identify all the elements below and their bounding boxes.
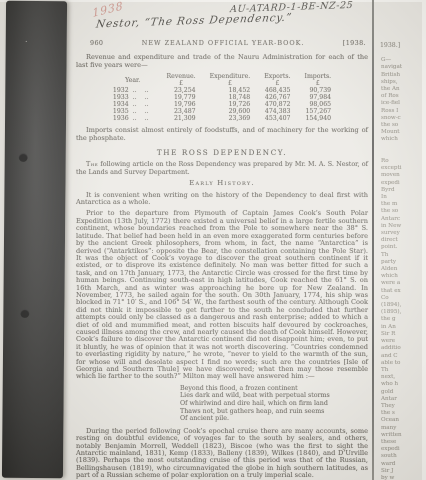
facing-text-fragment: able to — [378, 360, 422, 367]
facing-text-fragment: south — [378, 453, 422, 460]
nauru-statistics-table: Year. Revenue.£ Expenditure.£ Exports.£ … — [106, 73, 338, 122]
facing-text-fragment: excepti — [378, 165, 422, 172]
table-row: 1933.... 19,77918,748426,76797,984 — [106, 94, 338, 101]
verse-line: Of ancient pile. — [180, 415, 368, 423]
facing-text-fragment: who h — [378, 381, 422, 388]
facing-text-fragment: Ocean — [378, 417, 422, 424]
facing-page-fragments: G—navigatBritishships,the Anof Rosice-fi… — [378, 57, 422, 480]
table-row: 1934.... 19,79619,726470,87298,065 — [106, 101, 338, 108]
facing-text-fragment: Co — [378, 295, 422, 302]
table-row: 1936.... 21,30923,369453,407154,940 — [106, 115, 338, 122]
facing-page-strip: 1938.] G—navigatBritishships,the Anof Ro… — [378, 0, 422, 480]
facing-text-fragment: Ro — [378, 158, 422, 165]
facing-text-fragment: in New — [378, 223, 422, 230]
section-heading-ross-dependency: THE ROSS DEPENDENCY. — [76, 149, 368, 156]
col-expenditure: Expenditure.£ — [203, 73, 258, 87]
scanned-page-photo: 1938 Nestor, “The Ross Dependency.” AU-A… — [0, 0, 426, 480]
facing-text-fragment: Ross I — [378, 108, 422, 115]
facing-text-fragment: of Ros — [378, 93, 422, 100]
handwritten-catalog-annotation: AU-ATARD-1-BE-NZ-25 — [230, 0, 354, 15]
facing-text-fragment: the s — [378, 410, 422, 417]
page-gutter-line — [372, 0, 374, 480]
facing-text-fragment: Antar — [378, 396, 422, 403]
facing-text-fragment: moven — [378, 172, 422, 179]
facing-text-fragment: the m — [378, 201, 422, 208]
facing-text-fragment: these — [378, 439, 422, 446]
film-speckles — [26, 41, 27, 42]
facing-text-fragment: party — [378, 259, 422, 266]
facing-text-fragment: Sir R — [378, 331, 422, 338]
facing-text-fragment: expedi — [378, 180, 422, 187]
facing-text-fragment — [378, 144, 422, 151]
col-imports: Imports.£ — [298, 73, 339, 87]
facing-text-fragment: ward — [378, 461, 422, 468]
running-title: NEW ZEALAND OFFICIAL YEAR-BOOK. — [142, 40, 305, 47]
col-year: Year. — [106, 73, 160, 87]
facing-text-fragment: survey — [378, 230, 422, 237]
printed-page: 960 NEW ZEALAND OFFICIAL YEAR-BOOK. [193… — [76, 40, 368, 480]
verse-line: Lies dark and wild, beat with perpetual … — [180, 392, 368, 400]
facing-text-fragment: They — [378, 403, 422, 410]
handwritten-title-annotation: Nestor, “The Ross Dependency.” — [95, 12, 293, 31]
facing-text-fragment: the g — [378, 316, 422, 323]
book-binding-strip — [2, 1, 67, 479]
facing-text-fragment: written — [378, 432, 422, 439]
facing-text-fragment: which — [378, 273, 422, 280]
verse-line: Beyond this flood, a frozen continent — [180, 385, 368, 393]
facing-text-fragment: by w — [378, 475, 422, 480]
milton-verse-quote: Beyond this flood, a frozen continentLie… — [180, 385, 368, 423]
photo-right-edge — [422, 0, 426, 480]
facing-text-fragment: (1895), — [378, 309, 422, 316]
attribution-paragraph: The following article on the Ross Depend… — [76, 161, 368, 176]
body-paragraph-3: During the period following Cook’s epoch… — [76, 428, 368, 480]
punch-hole-bottom — [20, 309, 29, 318]
facing-text-fragment: Alden — [378, 266, 422, 273]
facing-text-fragment: Sir J — [378, 468, 422, 475]
facing-text-fragment: which — [378, 136, 422, 143]
facing-text-fragment: and C — [378, 353, 422, 360]
facing-text-fragment: Antarc — [378, 216, 422, 223]
facing-text-fragment — [378, 151, 422, 158]
facing-text-fragment: G— — [378, 57, 422, 64]
nauru-trade-intro: Revenue and expenditure and trade of the… — [76, 54, 368, 69]
body-paragraph-2: Prior to the departure from Plymouth of … — [76, 210, 368, 380]
facing-text-fragment: (1894), — [378, 302, 422, 309]
facing-text-fragment: in An — [378, 324, 422, 331]
facing-text-fragment: were — [378, 338, 422, 345]
page-number: 960 — [90, 40, 103, 47]
facing-text-fragment: Mount — [378, 129, 422, 136]
facing-text-fragment: that ex — [378, 288, 422, 295]
facing-text-fragment: many — [378, 425, 422, 432]
facing-text-fragment: In — [378, 194, 422, 201]
imports-paragraph: Imports consist almost entirely of foods… — [76, 127, 368, 142]
page-header: 960 NEW ZEALAND OFFICIAL YEAR-BOOK. [193… — [90, 40, 366, 47]
sub-heading-early-history: Early History. — [76, 180, 368, 187]
table-row: 1932.... 23,25418,452468,43590,739 — [106, 87, 338, 94]
body-paragraph-1: It is convenient when writing on the his… — [76, 192, 368, 207]
facing-text-fragment: point. — [378, 244, 422, 251]
verse-line: Thaws not, but gathers heap, and ruin se… — [180, 408, 368, 416]
table-header-row: Year. Revenue.£ Expenditure.£ Exports.£ … — [106, 73, 338, 87]
facing-text-fragment: additio — [378, 345, 422, 352]
col-revenue: Revenue.£ — [160, 73, 203, 87]
facing-text-fragment: expedi — [378, 446, 422, 453]
table-row: 1935.... 23,48729,600474,383157,267 — [106, 108, 338, 115]
facing-text-fragment: the so — [378, 122, 422, 129]
facing-text-fragment: British — [378, 72, 422, 79]
facing-text-fragment: Th — [378, 252, 422, 259]
facing-text-fragment: ships, — [378, 79, 422, 86]
facing-text-fragment: Th — [378, 367, 422, 374]
facing-text-fragment: the so — [378, 208, 422, 215]
col-exports: Exports.£ — [257, 73, 297, 87]
facing-page-header: 1938.] — [380, 42, 422, 49]
facing-text-fragment: direct — [378, 237, 422, 244]
facing-text-fragment: the An — [378, 86, 422, 93]
facing-text-fragment: snow-c — [378, 115, 422, 122]
facing-text-fragment: ice-fiel — [378, 100, 422, 107]
punch-hole-top — [19, 153, 28, 162]
header-year: [1938. — [343, 40, 366, 47]
facing-text-fragment: navigat — [378, 64, 422, 71]
verse-line: Of whirlwind and dire hail, which on fir… — [180, 400, 368, 408]
facing-text-fragment: Byrd — [378, 187, 422, 194]
facing-text-fragment: were a — [378, 280, 422, 287]
facing-text-fragment: gold — [378, 389, 422, 396]
facing-text-fragment: next, — [378, 374, 422, 381]
